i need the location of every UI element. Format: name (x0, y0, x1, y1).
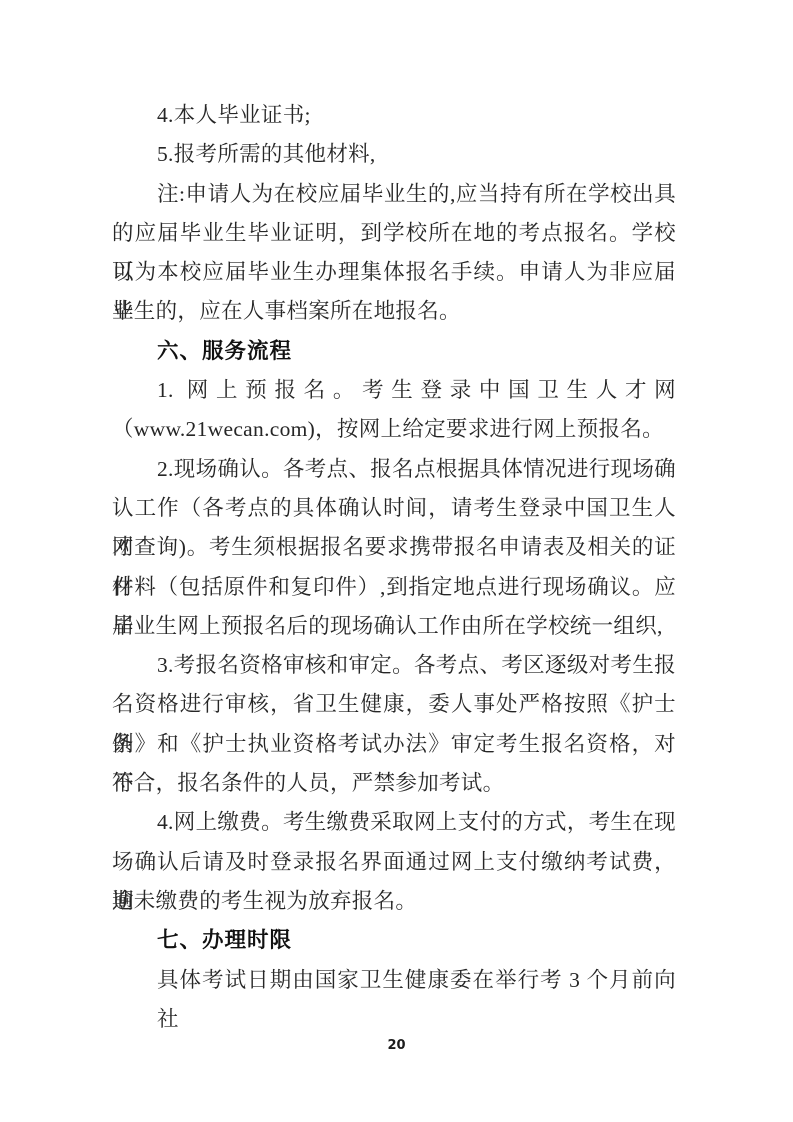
text-line: 的应届毕业生毕业证明，到学校所在地的考点报名。学校可 (112, 214, 676, 253)
text-line: 5.报考所需的其他材料, (112, 135, 676, 174)
text-line: 以为本校应届毕业生办理集体报名手续。申请人为非应届毕 (112, 253, 676, 292)
text-line: 注:申请人为在校应届毕业生的,应当持有所在学校出具 (112, 175, 676, 214)
text-line: 3.考报名资格审核和审定。各考点、考区逐级对考生报 (112, 646, 676, 685)
text-line: 4.网上缴费。考生缴费采取网上支付的方式，考生在现 (112, 803, 676, 842)
text-line: 1. 网上预报名。考生登录中国卫生人才网 (112, 371, 676, 410)
page-number: 20 (0, 1038, 793, 1053)
text-line: 材料（包括原件和复印件）,到指定地点进行现场确议。应届 (112, 568, 676, 607)
text-line: 4.本人毕业证书; (112, 96, 676, 135)
text-line: 名资格进行审核，省卫生健康，委人事处严格按照《护士条 (112, 685, 676, 724)
text-line: 例》和《护士执业资格考试办法》审定考生报名资格，对不 (112, 725, 676, 764)
text-line: 认工作（各考点的具体确认时间，请考生登录中国卫生人才 (112, 489, 676, 528)
document-page: 4.本人毕业证书;5.报考所需的其他材料,注:申请人为在校应届毕业生的,应当持有… (0, 0, 793, 1122)
text-line: （www.21wecan.com)，按网上给定要求进行网上预报名。 (112, 410, 676, 449)
page-body: 4.本人毕业证书;5.报考所需的其他材料,注:申请人为在校应届毕业生的,应当持有… (112, 96, 676, 1000)
text-line: 场确认后请及时登录报名界面通过网上支付缴纳考试费，逾 (112, 843, 676, 882)
text-line: 2.现场确认。各考点、报名点根据具体情况进行现场确 (112, 450, 676, 489)
text-line: 具体考试日期由国家卫生健康委在举行考 3 个月前向社 (112, 961, 676, 1000)
text-line: 期未缴费的考生视为放弃报名。 (112, 882, 676, 921)
section-heading: 六、服务流程 (112, 332, 676, 371)
section-heading: 七、办理时限 (112, 921, 676, 960)
text-line: 网查询)。考生须根据报名要求携带报名申请表及相关的证件 (112, 528, 676, 567)
text-line: 毕业生网上预报名后的现场确认工作由所在学校统一组织, (112, 607, 676, 646)
text-line: 业生的，应在人事档案所在地报名。 (112, 292, 676, 331)
text-line: 符合，报名条件的人员，严禁参加考试。 (112, 764, 676, 803)
